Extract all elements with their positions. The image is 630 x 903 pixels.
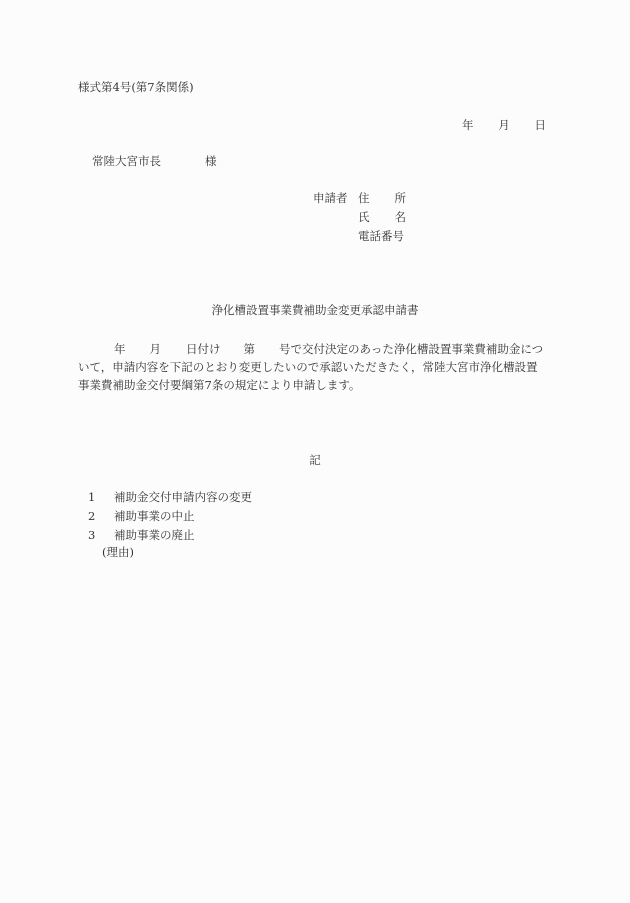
phone-label: 電話番号 — [358, 231, 404, 243]
body-line-3: 事業費補助金交付要綱第7条の規定により申請します。 — [78, 380, 546, 392]
addressee-honorific: 様 — [205, 154, 217, 168]
address-label-part1: 住 — [358, 193, 370, 205]
body-year-label: 年 — [114, 342, 126, 356]
reason-label: (理由) — [102, 547, 134, 559]
address-label-part2: 所 — [395, 193, 407, 205]
body-month-label: 月 — [150, 342, 162, 356]
addressee: 常陸大宮市長様 — [92, 156, 217, 168]
applicant-name-label: 氏 名 — [358, 212, 406, 224]
document-title: 浄化槽設置事業費補助金変更承認申請書 — [0, 305, 630, 317]
applicant-label: 申請者 — [313, 193, 348, 205]
date-line: 年 月 日 — [462, 120, 546, 132]
name-label-part2: 名 — [395, 212, 407, 224]
applicant-address-label: 住 所 — [358, 193, 406, 205]
applicant-phone-label: 電話番号 — [358, 231, 406, 243]
name-label-part1: 氏 — [358, 212, 370, 224]
body-number-prefix: 第 — [244, 342, 256, 356]
list-item-number: 1 — [88, 492, 114, 504]
body-day-label: 日付け — [186, 342, 221, 356]
addressee-name: 常陸大宮市長 — [92, 154, 161, 168]
date-year-label: 年 — [462, 120, 474, 132]
body-line-1: 年月日付け第号で交付決定のあった浄化槽設置事業費補助金につ — [78, 344, 546, 356]
list-item: 3補助事業の廃止 — [88, 530, 195, 542]
body-line-2: いて，申請内容を下記のとおり変更したいので承認いただきたく，常陸大宮市浄化槽設置 — [78, 362, 546, 374]
list-item-number: 2 — [88, 511, 114, 523]
list-item-number: 3 — [88, 530, 114, 542]
list-item: 1補助金交付申請内容の変更 — [88, 492, 252, 504]
list-item-text: 補助金交付申請内容の変更 — [114, 490, 252, 504]
ki-heading: 記 — [0, 455, 630, 467]
list-item: 2補助事業の中止 — [88, 511, 195, 523]
list-item-text: 補助事業の廃止 — [114, 528, 195, 542]
body-line-1-rest: 号で交付決定のあった浄化槽設置事業費補助金につ — [279, 342, 543, 356]
form-number: 様式第4号(第7条関係) — [78, 82, 194, 94]
date-month-label: 月 — [498, 120, 510, 132]
date-day-label: 日 — [535, 120, 547, 132]
list-item-text: 補助事業の中止 — [114, 509, 195, 523]
